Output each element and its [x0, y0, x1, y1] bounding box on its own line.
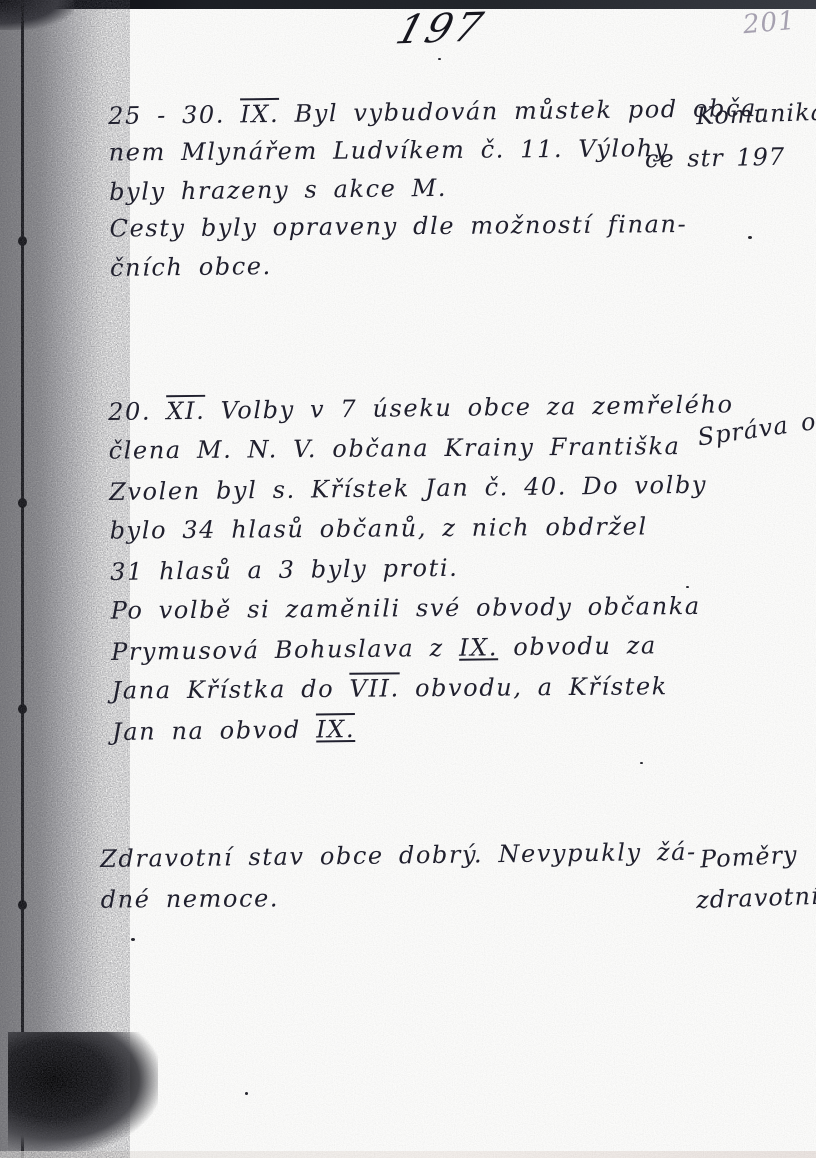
margin-note-pomery: Poměry	[699, 840, 798, 873]
text-line: Po volbě si zaměnili své obvody občanka	[111, 592, 737, 637]
text-line: Prymusová Bohuslava z IX. obvodu za	[111, 630, 737, 678]
ink-speck	[640, 762, 643, 764]
text-line: 20. XI. Volby v 7 úseku obce za zemřeléh…	[108, 390, 734, 438]
ink-speck	[131, 938, 135, 941]
text-line: Jana Křístka do VII. obvodu, a Křístek	[111, 672, 737, 717]
book-binding-shadow	[0, 0, 112, 1158]
binding-ink-blob	[8, 1032, 158, 1152]
text-line: dné nemoce.	[101, 881, 698, 928]
spine-knot	[18, 704, 27, 714]
text-line: čních obce.	[110, 246, 769, 292]
text-line: Zvolen byl s. Křístek Jan č. 40. Do volb…	[109, 470, 735, 518]
text-line: 31 hlasů a 3 byly proti.	[110, 550, 736, 598]
spine-knot	[18, 498, 27, 508]
spine-knot	[18, 900, 27, 910]
margin-note-zdravotni: zdravotní	[696, 882, 816, 914]
page-number-pencil: 201	[742, 6, 797, 40]
scan-bottom-edge	[0, 1151, 816, 1158]
scanned-chronicle-page: { "colors": { "ink": "#20202e", "pencil"…	[0, 0, 816, 1158]
ink-speck	[748, 236, 752, 239]
ink-speck	[245, 1092, 248, 1095]
chronicle-entry-health: Zdravotní stav obce dobrý. Nevypukly žá-…	[100, 838, 698, 929]
ink-speck	[686, 586, 689, 588]
scan-top-left-corner	[0, 0, 74, 30]
ink-speck	[438, 58, 441, 60]
margin-note-komunikace: Komunika	[696, 98, 816, 131]
text-line: bylo 34 hlasů občanů, z nich obdržel	[110, 512, 736, 557]
text-line: Cesty byly opraveny dle možností finan-	[109, 209, 768, 252]
page-number-ink: 197	[391, 5, 491, 54]
margin-note-komunikace-2: ce str 197	[645, 143, 786, 173]
text-line: Zdravotní stav obce dobrý. Nevypukly žá-	[100, 838, 697, 887]
chronicle-entry-election: 20. XI. Volby v 7 úseku obce za zemřeléh…	[108, 390, 738, 758]
text-line: 25 - 30. IX. Byl vybudován můstek pod ob…	[108, 94, 767, 140]
text-line: byly hrazeny s akce M.	[109, 170, 768, 216]
text-line: Jan na obvod IX.	[112, 710, 738, 758]
text-line: člena M. N. V. občana Krainy Františka	[109, 432, 735, 477]
chronicle-entry-roads: 25 - 30. IX. Byl vybudován můstek pod ob…	[108, 94, 769, 292]
spine-knot	[18, 236, 27, 246]
spine-line	[21, 0, 24, 1158]
